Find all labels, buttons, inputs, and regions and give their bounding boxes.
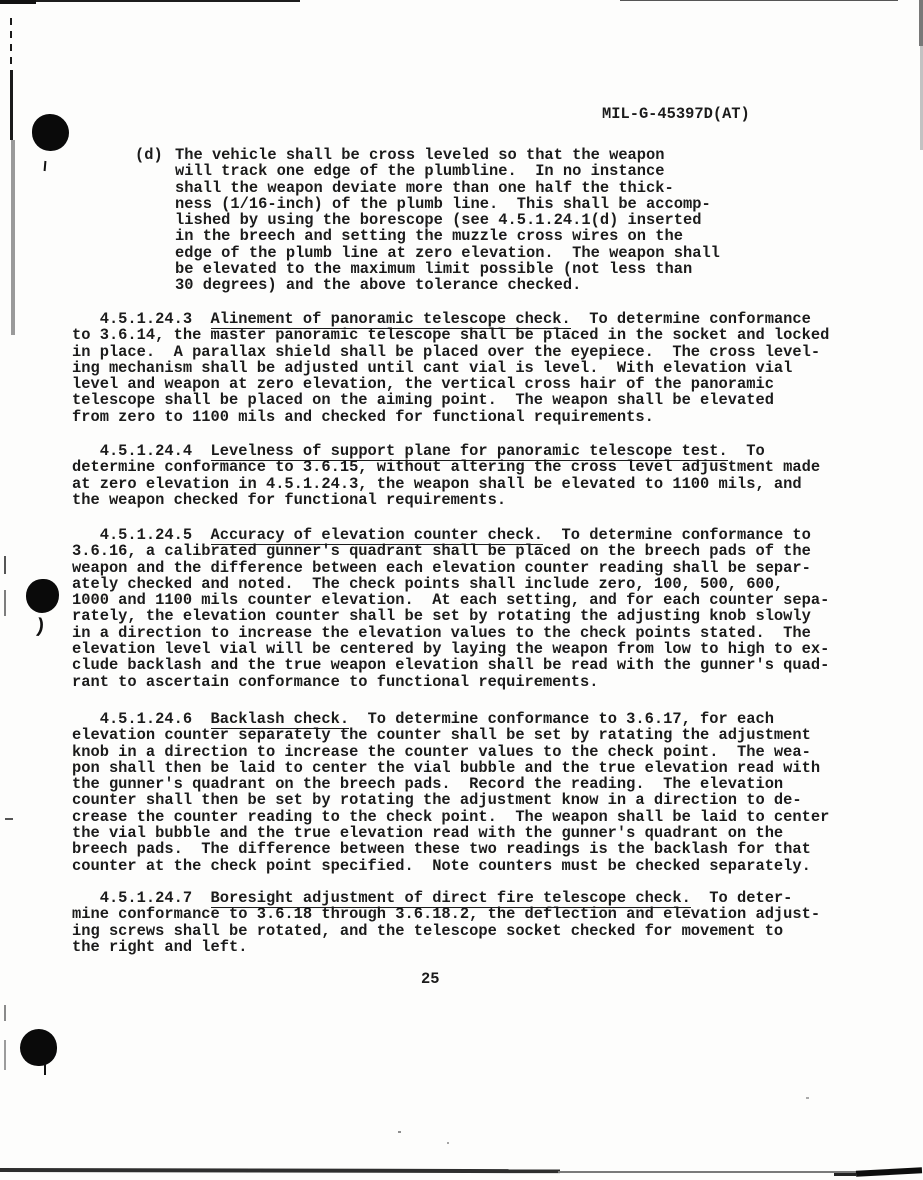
scan-edge-bottom [0, 1168, 560, 1173]
scan-mark [4, 1040, 6, 1070]
spec-paragraph-4.5.1.24.3: 4.5.1.24.3 Alinement of panoramic telesc… [72, 311, 892, 425]
scan-edge-top-right [620, 0, 898, 1]
scan-mark [4, 590, 6, 616]
spec-paragraph-4.5.1.24.5: 4.5.1.24.5 Accuracy of elevation counter… [72, 527, 892, 690]
punch-hole [32, 114, 69, 151]
punch-hole [26, 579, 59, 613]
spec-paragraph-4.5.1.24.4: 4.5.1.24.4 Levelness of support plane fo… [72, 443, 892, 508]
paragraph-body: To determine conformance to 3.6.17, for … [72, 710, 829, 875]
scan-edge-bottom-faint [558, 1171, 858, 1173]
scan-mark: ) [33, 619, 47, 637]
scanned-spec-page: ) MIL-G-45397D(AT) (d) The vehicle shall… [0, 0, 923, 1180]
page-number: 25 [421, 971, 439, 987]
scan-speck [398, 1131, 401, 1133]
scan-edge-right-faint [920, 46, 923, 150]
scan-edge-top-left [0, 0, 300, 2]
scan-edge-bottom-corner [834, 1173, 856, 1176]
scan-speck [806, 1097, 809, 1099]
paragraph-body: To determine conformance to 3.6.14, the … [72, 310, 829, 426]
document-id-header: MIL-G-45397D(AT) [602, 106, 750, 122]
spec-paragraph-4.5.1.24.6: 4.5.1.24.6 Backlash check. To determine … [72, 711, 892, 874]
paragraph-number: 4.5.1.24.7 [72, 889, 211, 907]
paragraph-number: 4.5.1.24.6 [72, 710, 211, 728]
scan-mark [4, 1005, 6, 1021]
scan-edge-bottom-corner [856, 1167, 922, 1176]
list-item-marker: (d) [135, 147, 175, 294]
paragraph-number: 4.5.1.24.5 [72, 526, 211, 544]
punch-hole [20, 1029, 57, 1066]
scan-edge-top-corner [0, 0, 36, 4]
scan-edge-left-gray [11, 140, 15, 335]
scan-edge-right [919, 0, 923, 46]
scan-mark [44, 161, 47, 171]
spec-paragraph-4.5.1.24.7: 4.5.1.24.7 Boresight adjustment of direc… [72, 890, 892, 955]
scan-mark [4, 556, 6, 574]
scan-mark [5, 818, 13, 820]
scan-edge-left-dashes [10, 18, 12, 70]
scan-mark [44, 1064, 46, 1075]
paragraph-body: To determine conformance to 3.6.16, a ca… [72, 526, 829, 691]
paragraph-number: 4.5.1.24.3 [72, 310, 211, 328]
scan-speck [447, 1142, 449, 1144]
list-item-d: (d) The vehicle shall be cross leveled s… [135, 147, 720, 294]
paragraph-number: 4.5.1.24.4 [72, 442, 211, 460]
list-item-text: The vehicle shall be cross leveled so th… [175, 147, 720, 294]
scan-edge-left-dark [10, 70, 13, 140]
